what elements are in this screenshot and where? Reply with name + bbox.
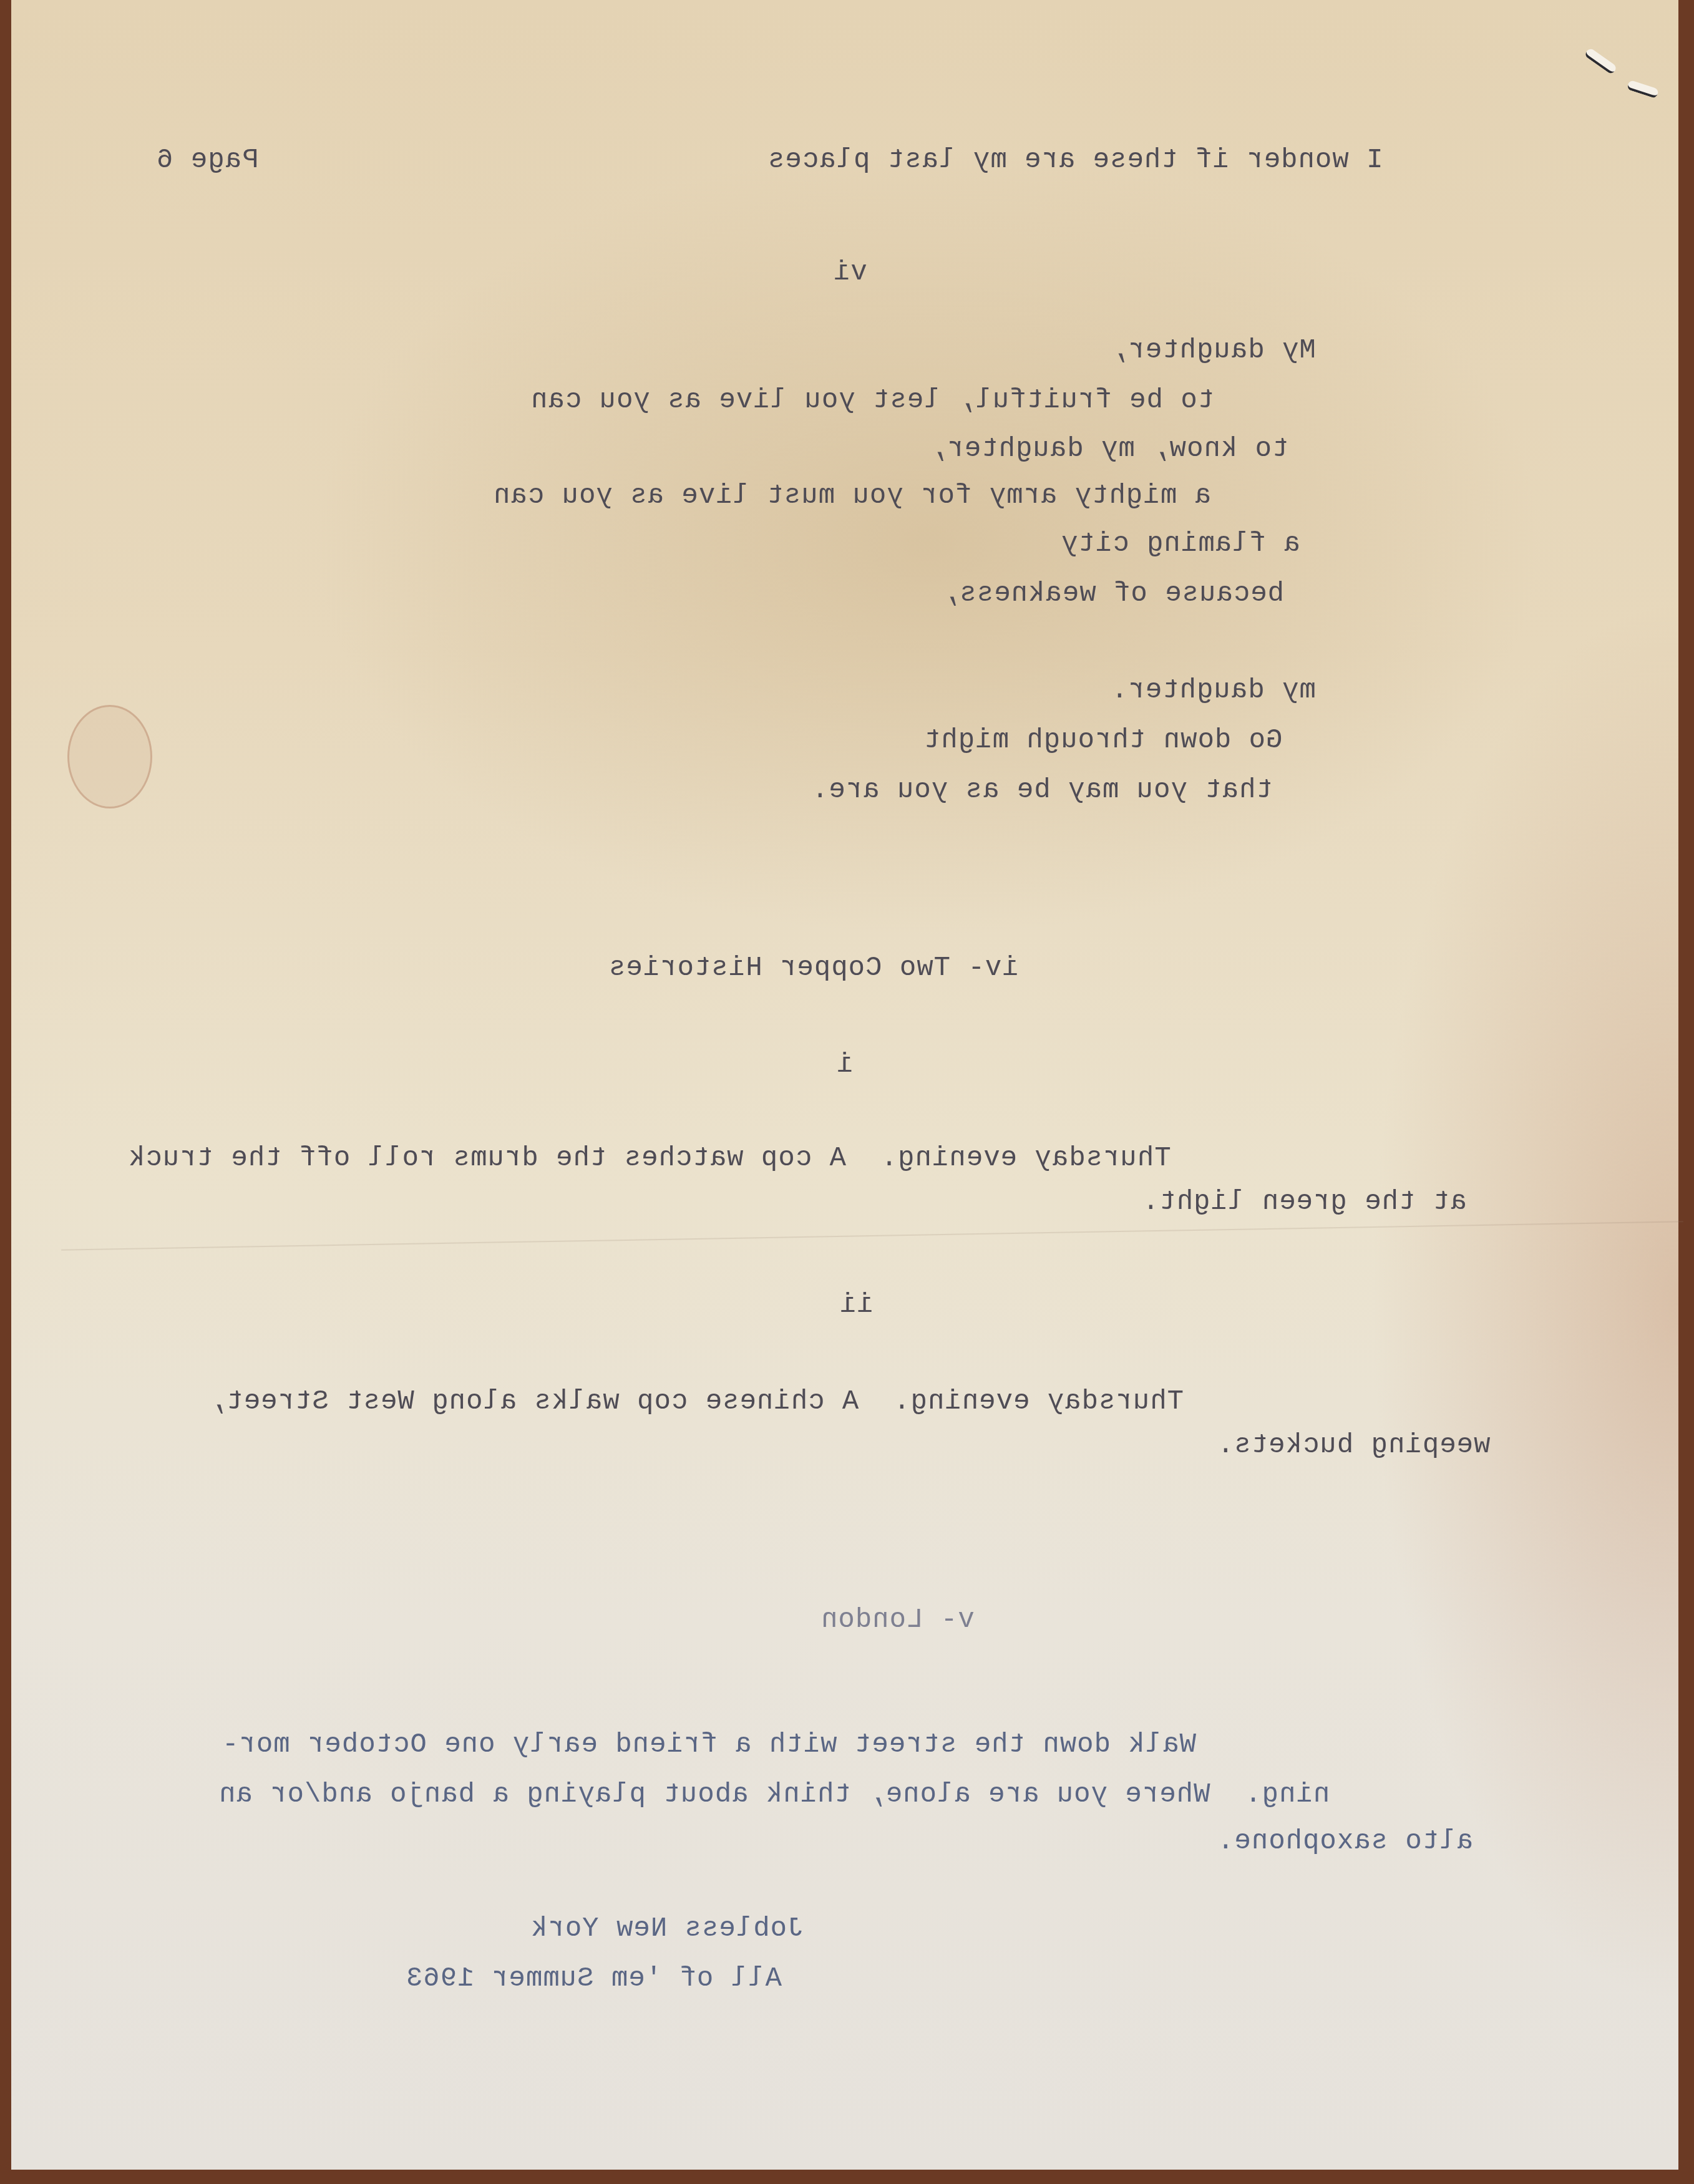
section-numeral-vi: vi (833, 259, 867, 286)
poem-line: because of weakness, (942, 580, 1284, 608)
water-stain (67, 705, 152, 808)
signature-line: All of 'em Summer 1963 (406, 1965, 782, 1992)
poem-line: Go down through might (923, 727, 1283, 754)
prose-line: Thursday evening. A cop watches the drum… (128, 1145, 1171, 1172)
poem-line: a flaming city (1061, 530, 1300, 558)
poem-line: my daughter. (1111, 677, 1316, 704)
prose-line: Walk down the street with a friend early… (221, 1731, 1196, 1759)
poem-line: a mighty army for you must live as you c… (493, 482, 1211, 510)
paper-fold (61, 1221, 1683, 1250)
prose-line: at the green light. (1142, 1188, 1467, 1216)
signature-line: Jobless New York (530, 1915, 804, 1943)
page-title: I wonder if these are my last places (767, 147, 1383, 174)
section-heading: v- London (820, 1606, 975, 1634)
poem-line: that you may be as you are. (811, 777, 1273, 804)
section-numeral-ii: ii (839, 1291, 874, 1319)
section-numeral-i: i (836, 1051, 853, 1079)
staple-hole (1584, 47, 1617, 75)
section-heading: iv- Two Copper Histories (608, 954, 1019, 982)
poem-line: My daughter, (1111, 337, 1316, 364)
staple-hole (1627, 80, 1659, 99)
prose-line: ning. Where you are alone, think about p… (218, 1781, 1330, 1808)
page-number: Page 6 (156, 147, 258, 174)
poem-line: to know, my daughter, (930, 435, 1289, 463)
prose-line: Thursday evening. A chinese cop walks al… (209, 1388, 1184, 1415)
poem-line: to be fruitful, lest you live as you can (530, 387, 1214, 414)
prose-line: alto saxophone. (1217, 1828, 1473, 1855)
prose-line: weeping buckets. (1217, 1432, 1490, 1459)
